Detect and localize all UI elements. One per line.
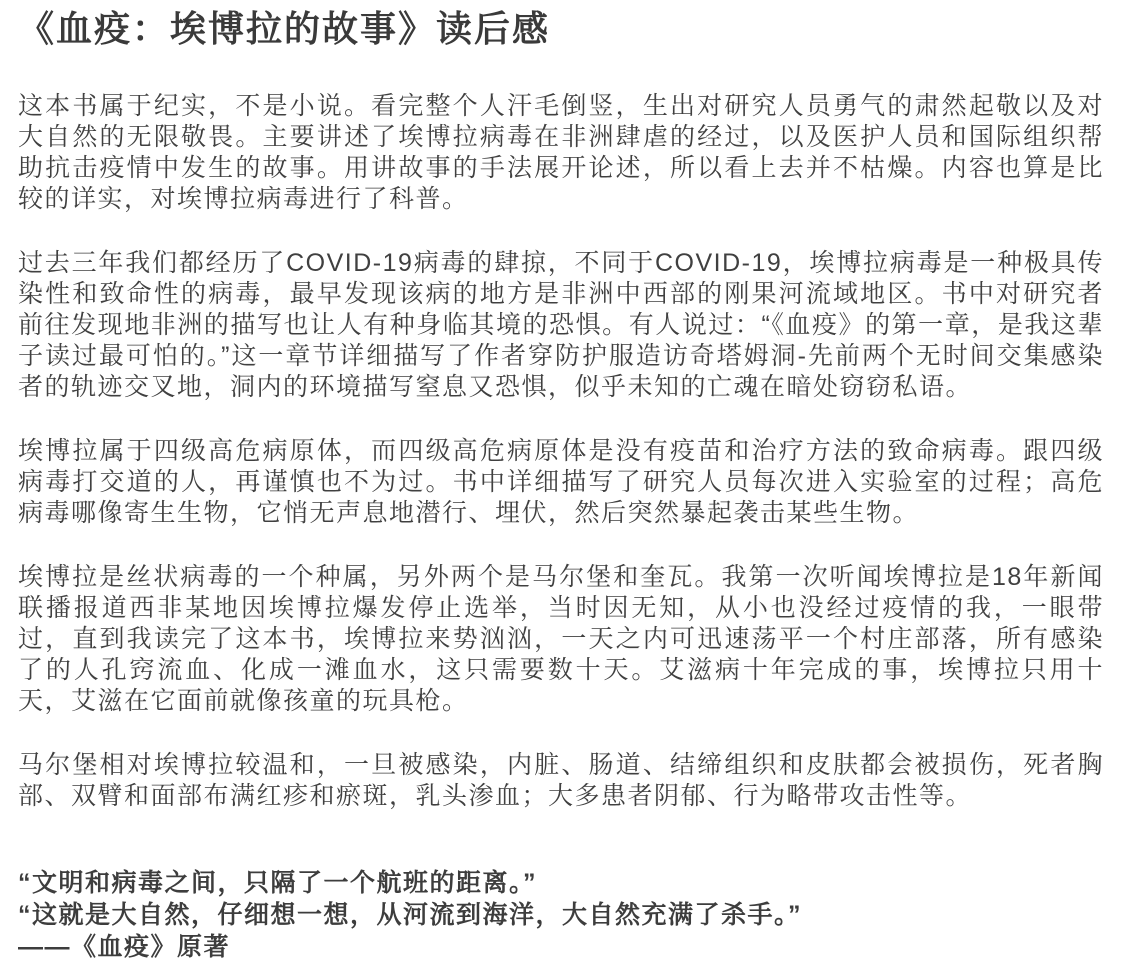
document-page: 《血疫：埃博拉的故事》读后感 这本书属于纪实，不是小说。看完整个人汗毛倒竖，生出… bbox=[0, 0, 1124, 973]
quote-line-1: “文明和病毒之间，只隔了一个航班的距离。” bbox=[18, 867, 1104, 899]
page-title: 《血疫：埃博拉的故事》读后感 bbox=[18, 8, 1104, 49]
quote-block: “文明和病毒之间，只隔了一个航班的距离。” “这就是大自然，仔细想一想，从河流到… bbox=[18, 867, 1104, 963]
paragraph-4: 埃博拉是丝状病毒的一个种属，另外两个是马尔堡和奎瓦。我第一次听闻埃博拉是18年新… bbox=[18, 562, 1104, 717]
paragraph-2: 过去三年我们都经历了COVID-19病毒的肆掠，不同于COVID-19，埃博拉病… bbox=[18, 248, 1104, 403]
quote-line-2: “这就是大自然，仔细想一想，从河流到海洋，大自然充满了杀手。” bbox=[18, 899, 1104, 931]
quote-attribution: ——《血疫》原著 bbox=[18, 931, 1104, 963]
paragraph-3: 埃博拉属于四级高危病原体，而四级高危病原体是没有疫苗和治疗方法的致命病毒。跟四级… bbox=[18, 436, 1104, 529]
paragraph-5: 马尔堡相对埃博拉较温和，一旦被感染，内脏、肠道、结缔组织和皮肤都会被损伤，死者胸… bbox=[18, 750, 1104, 812]
paragraph-1: 这本书属于纪实，不是小说。看完整个人汗毛倒竖，生出对研究人员勇气的肃然起敬以及对… bbox=[18, 91, 1104, 215]
